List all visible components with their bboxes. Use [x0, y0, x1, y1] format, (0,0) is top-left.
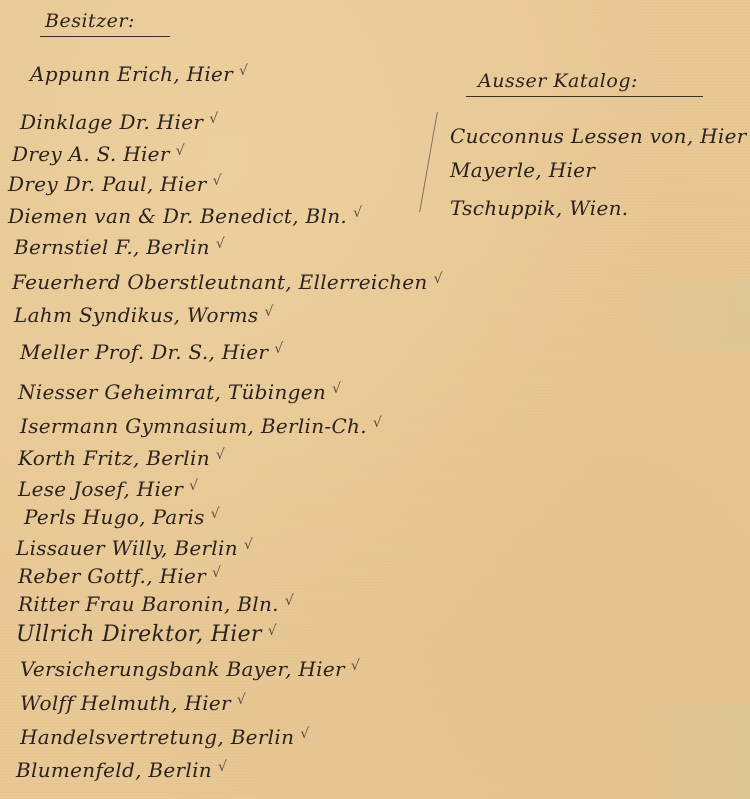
owner-entry: Lissauer Willy, Berlin√: [16, 536, 253, 560]
check-mark-icon: √: [274, 341, 283, 357]
owner-entry: Handelsvertretung, Berlin√: [20, 725, 310, 749]
owner-entry-text: Blumenfeld, Berlin: [16, 758, 212, 782]
check-mark-icon: √: [213, 173, 222, 189]
owner-entry-text: Bernstiel F., Berlin: [14, 235, 210, 259]
check-mark-icon: √: [434, 271, 443, 287]
paper-fold-shadow: [620, 705, 750, 799]
outside-catalog-entry: Mayerle, Hier: [450, 158, 595, 182]
bracket-check-mark-icon: [419, 112, 452, 212]
check-mark-icon: √: [216, 447, 225, 463]
check-mark-icon: √: [218, 759, 227, 775]
owner-entry-text: Lissauer Willy, Berlin: [16, 536, 238, 560]
outside-catalog-heading: Ausser Katalog:: [466, 70, 703, 97]
owner-entry: Blumenfeld, Berlin√: [16, 758, 227, 782]
check-mark-icon: √: [332, 381, 341, 397]
owner-entry-text: Lahm Syndikus, Worms: [14, 303, 259, 327]
check-mark-icon: √: [285, 593, 294, 609]
owner-entry: Feuerherd Oberstleutnant, Ellerreichen√: [12, 270, 443, 294]
owner-entry: Drey A. S. Hier√: [12, 142, 185, 166]
check-mark-icon: √: [176, 143, 185, 159]
check-mark-icon: √: [216, 236, 225, 252]
owner-entry: Isermann Gymnasium, Berlin-Ch.√: [20, 414, 382, 438]
check-mark-icon: √: [351, 658, 360, 674]
owner-entry: Lese Josef, Hier√: [18, 477, 198, 501]
owner-entry: Meller Prof. Dr. S., Hier√: [20, 340, 283, 364]
owner-entry-text: Ullrich Direktor, Hier: [16, 622, 262, 647]
outside-catalog-entry: Tschuppik, Wien.: [450, 196, 628, 220]
check-mark-icon: √: [189, 478, 198, 494]
check-mark-icon: √: [237, 692, 246, 708]
owner-entry-text: Ritter Frau Baronin, Bln.: [18, 592, 279, 616]
check-mark-icon: √: [244, 537, 253, 553]
owner-entry-text: Handelsvertretung, Berlin: [20, 725, 294, 749]
owner-entry-text: Drey A. S. Hier: [12, 142, 170, 166]
check-mark-icon: √: [239, 63, 248, 79]
owner-entry-text: Dinklage Dr. Hier: [20, 110, 203, 134]
paper-fold-shadow: [620, 280, 750, 350]
owner-entry-text: Feuerherd Oberstleutnant, Ellerreichen: [12, 270, 428, 294]
owner-entry-text: Niesser Geheimrat, Tübingen: [18, 380, 326, 404]
owners-heading: Besitzer:: [40, 10, 170, 37]
owner-entry: Ritter Frau Baronin, Bln.√: [18, 592, 294, 616]
owner-entry: Lahm Syndikus, Worms√: [14, 303, 274, 327]
owner-entry-text: Diemen van & Dr. Benedict, Bln.: [8, 204, 347, 228]
owner-entry: Korth Fritz, Berlin√: [18, 446, 225, 470]
owner-entry-text: Meller Prof. Dr. S., Hier: [20, 340, 268, 364]
check-mark-icon: √: [373, 415, 382, 431]
owner-entry-text: Isermann Gymnasium, Berlin-Ch.: [20, 414, 367, 438]
outside-catalog-entry: Cucconnus Lessen von, Hier: [450, 124, 747, 148]
check-mark-icon: √: [265, 304, 274, 320]
owner-entry: Bernstiel F., Berlin√: [14, 235, 225, 259]
owner-entry: Drey Dr. Paul, Hier√: [8, 172, 222, 196]
owner-entry: Reber Gottf., Hier√: [18, 564, 221, 588]
owner-entry: Diemen van & Dr. Benedict, Bln.√: [8, 204, 362, 228]
owner-entry: Dinklage Dr. Hier√: [20, 110, 218, 134]
owner-entry-text: Drey Dr. Paul, Hier: [8, 172, 207, 196]
check-mark-icon: √: [211, 506, 220, 522]
owner-entry: Versicherungsbank Bayer, Hier√: [20, 657, 360, 681]
manuscript-page: Besitzer: Appunn Erich, Hier√ Dinklage D…: [0, 0, 750, 799]
owner-entry-text: Reber Gottf., Hier: [18, 564, 206, 588]
check-mark-icon: √: [209, 111, 218, 127]
owner-entry-text: Perls Hugo, Paris: [24, 505, 205, 529]
check-mark-icon: √: [353, 205, 362, 221]
owner-entry: Wolff Helmuth, Hier√: [20, 691, 246, 715]
owner-entry-text: Lese Josef, Hier: [18, 477, 183, 501]
check-mark-icon: √: [268, 623, 277, 639]
owner-entry: Perls Hugo, Paris√: [24, 505, 220, 529]
owner-entry: Niesser Geheimrat, Tübingen√: [18, 380, 341, 404]
owner-entry-text: Versicherungsbank Bayer, Hier: [20, 657, 345, 681]
check-mark-icon: √: [300, 726, 309, 742]
owner-entry-text: Wolff Helmuth, Hier: [20, 691, 231, 715]
owner-entry-text: Appunn Erich, Hier: [30, 62, 233, 86]
owner-entry: Ullrich Direktor, Hier√: [16, 622, 277, 647]
check-mark-icon: √: [212, 565, 221, 581]
owner-entry-text: Korth Fritz, Berlin: [18, 446, 210, 470]
owner-entry: Appunn Erich, Hier√: [30, 62, 248, 86]
